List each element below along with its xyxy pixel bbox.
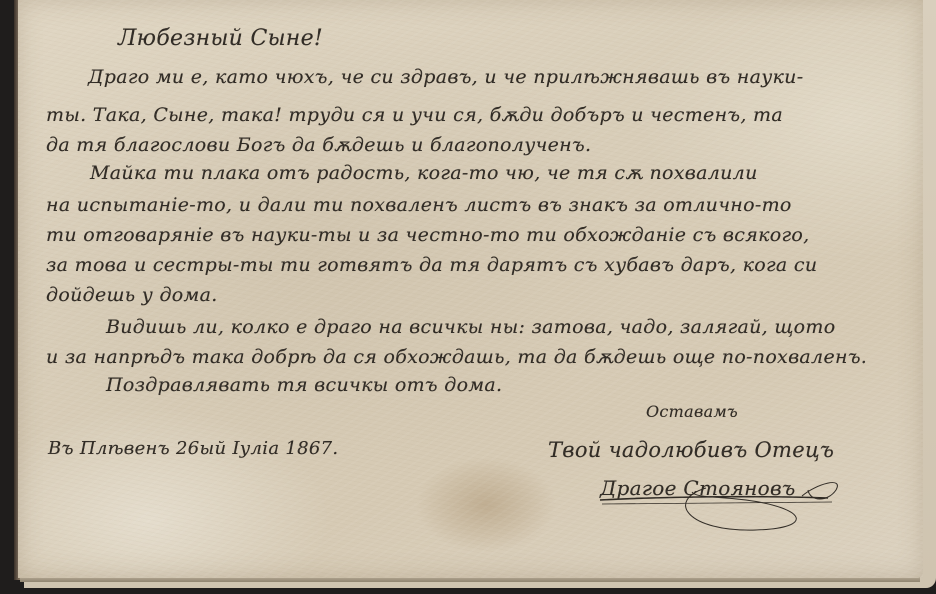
letter-line-2: ты. Така, Сыне, така! труди ся и учи ся,… xyxy=(46,104,783,126)
letter-line-8: дойдешь у дома. xyxy=(46,284,218,306)
closing-word: Оставамъ xyxy=(646,402,738,421)
letter-line-9: Видишь ли, колко е драго на всичкы ны: з… xyxy=(106,316,835,338)
letter-line-10: и за напрѣдъ така добрѣ да ся обхождашь,… xyxy=(46,346,867,368)
letter-sheet: Любезный Сыне! Драго ми е, като чюхъ, че… xyxy=(18,0,923,578)
letter-line-11: Поздравлявать тя всичкы отъ дома. xyxy=(106,374,502,396)
signature: Драгое Стояновъ xyxy=(600,476,796,500)
letter-line-3: да тя благослови Богъ да бѫдешь и благоп… xyxy=(46,134,591,156)
letter-line-4: Майка ти плака отъ радость, кога-то чю, … xyxy=(90,162,758,184)
letter-line-1: Драго ми е, като чюхъ, че си здравъ, и ч… xyxy=(88,66,803,88)
photo-scene: Любезный Сыне! Драго ми е, като чюхъ, че… xyxy=(0,0,936,594)
salutation: Любезный Сыне! xyxy=(118,26,323,51)
letter-line-6: ти отговарянiе въ науки-ты и за честно-т… xyxy=(46,224,809,246)
letter-line-7: за това и сестры-ты ти готвятъ да тя дар… xyxy=(46,254,817,276)
signoff: Твой чадолюбивъ Отецъ xyxy=(548,438,834,462)
place-and-date: Въ Плѣвенъ 26ый Iулiа 1867. xyxy=(48,438,338,459)
letter-line-5: на испытанiе-то, и дали ти похваленъ лис… xyxy=(46,194,792,216)
